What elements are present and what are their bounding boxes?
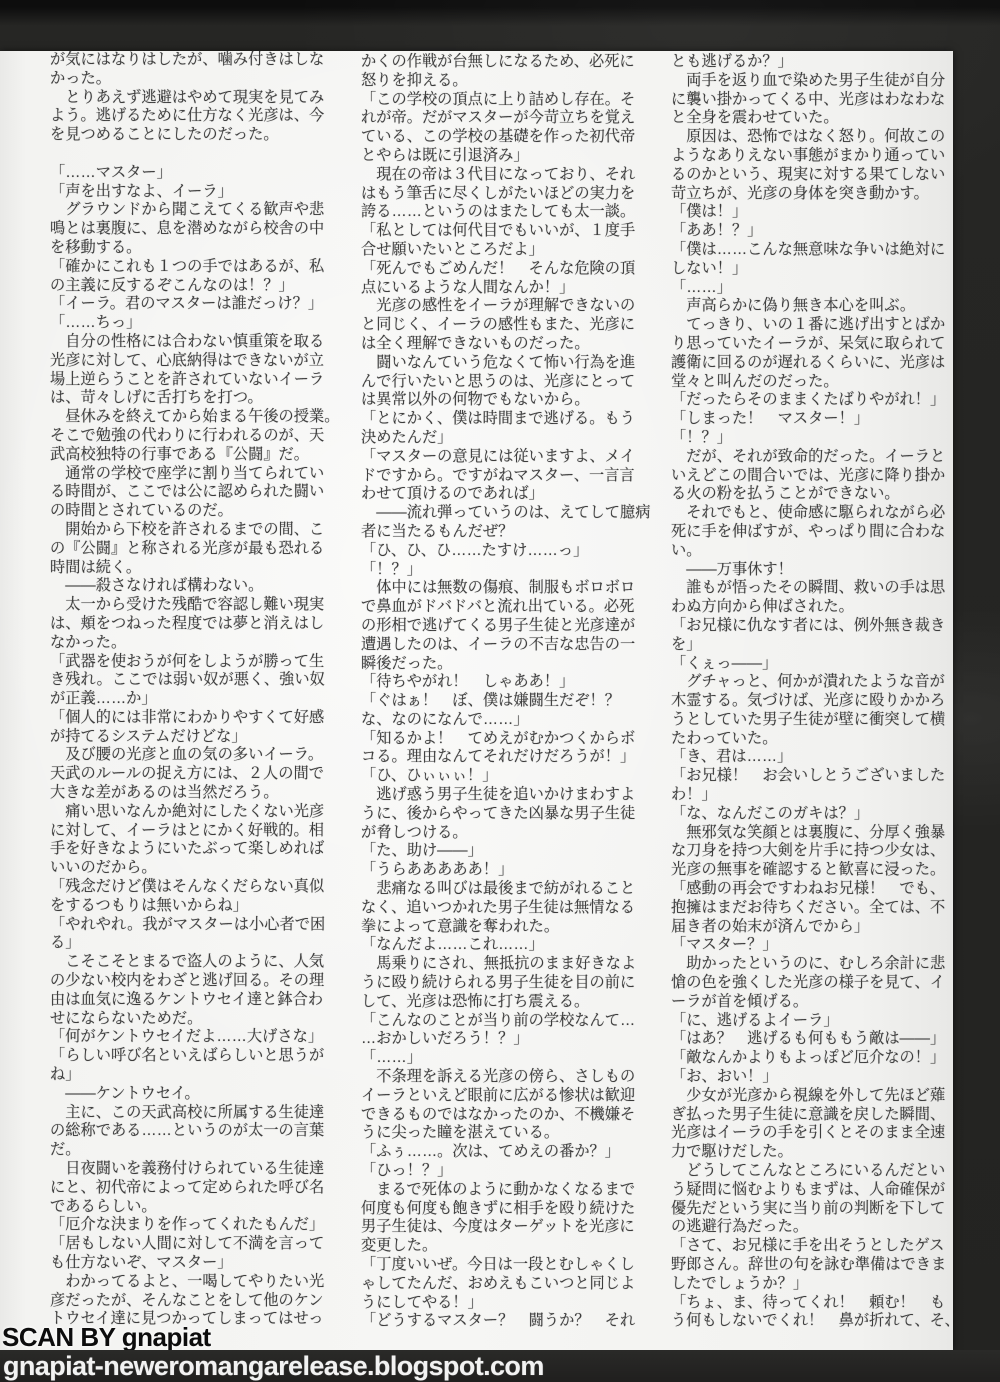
text-column-1: が気にはなりはしたが、噛み付きはしな かった。 とりあえず逃避はやめて現実を見て… — [50, 51, 340, 1329]
scanner-credit-watermark: SCAN BY gnapiat — [2, 1322, 211, 1353]
url-banner: gnapiat-neweromangarelease.blogspot.com — [0, 1350, 1000, 1382]
blog-url-text: gnapiat-neweromangarelease.blogspot.com — [3, 1351, 544, 1381]
text-column-2: かくの作戦が台無しになるため、必死に 怒りを抑える。 「この学校の頂点に上り詰め… — [361, 53, 651, 1331]
scanned-page: が気にはなりはしたが、噛み付きはしな かった。 とりあえず逃避はやめて現実を見て… — [0, 0, 1000, 1382]
text-column-3: とも逃げるか？」 両手を返り血で染めた男子生徒が自分 に襲い掛かってくる中、光彦… — [671, 53, 960, 1331]
